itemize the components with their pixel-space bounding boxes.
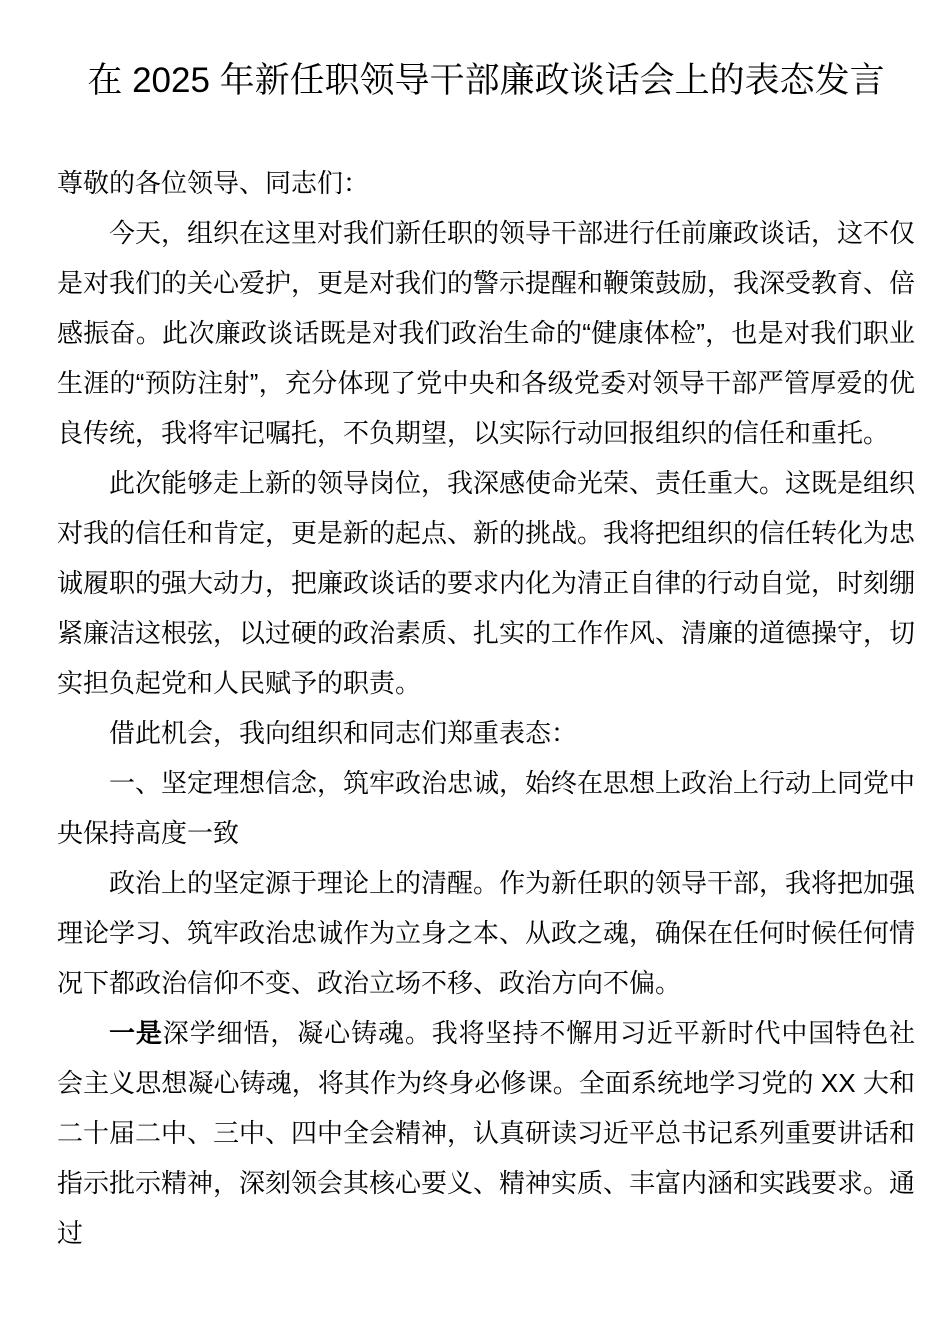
paragraph-study-text: 深学细悟，凝心铸魂。我将坚持不懈用习近平新时代中国特色社会主义思想凝心铸魂，将其… [57, 1018, 915, 1248]
document-title: 在 2025 年新任职领导干部廉政谈话会上的表态发言 [57, 50, 915, 112]
paragraph-opening: 今天，组织在这里对我们新任职的领导干部进行任前廉政谈话，这不仅是对我们的关心爱护… [57, 208, 915, 458]
section-heading-one: 一、坚定理想信念，筑牢政治忠诚，始终在思想上政治上行动上同党中央保持高度一致 [57, 758, 915, 858]
paragraph-study: 一是深学细悟，凝心铸魂。我将坚持不懈用习近平新时代中国特色社会主义思想凝心铸魂，… [57, 1008, 915, 1258]
salutation-line: 尊敬的各位领导、同志们： [57, 158, 915, 208]
paragraph-lead-bold: 一是 [109, 1018, 163, 1048]
paragraph-political-firmness: 政治上的坚定源于理论上的清醒。作为新任职的领导干部，我将把加强理论学习、筑牢政治… [57, 858, 915, 1008]
paragraph-pledge-intro: 借此机会，我向组织和同志们郑重表态： [57, 708, 915, 758]
document-page: 在 2025 年新任职领导干部廉政谈话会上的表态发言 尊敬的各位领导、同志们： … [0, 0, 950, 1344]
document-body: 尊敬的各位领导、同志们： 今天，组织在这里对我们新任职的领导干部进行任前廉政谈话… [57, 158, 915, 1258]
paragraph-new-post: 此次能够走上新的领导岗位，我深感使命光荣、责任重大。这既是组织对我的信任和肯定，… [57, 458, 915, 708]
